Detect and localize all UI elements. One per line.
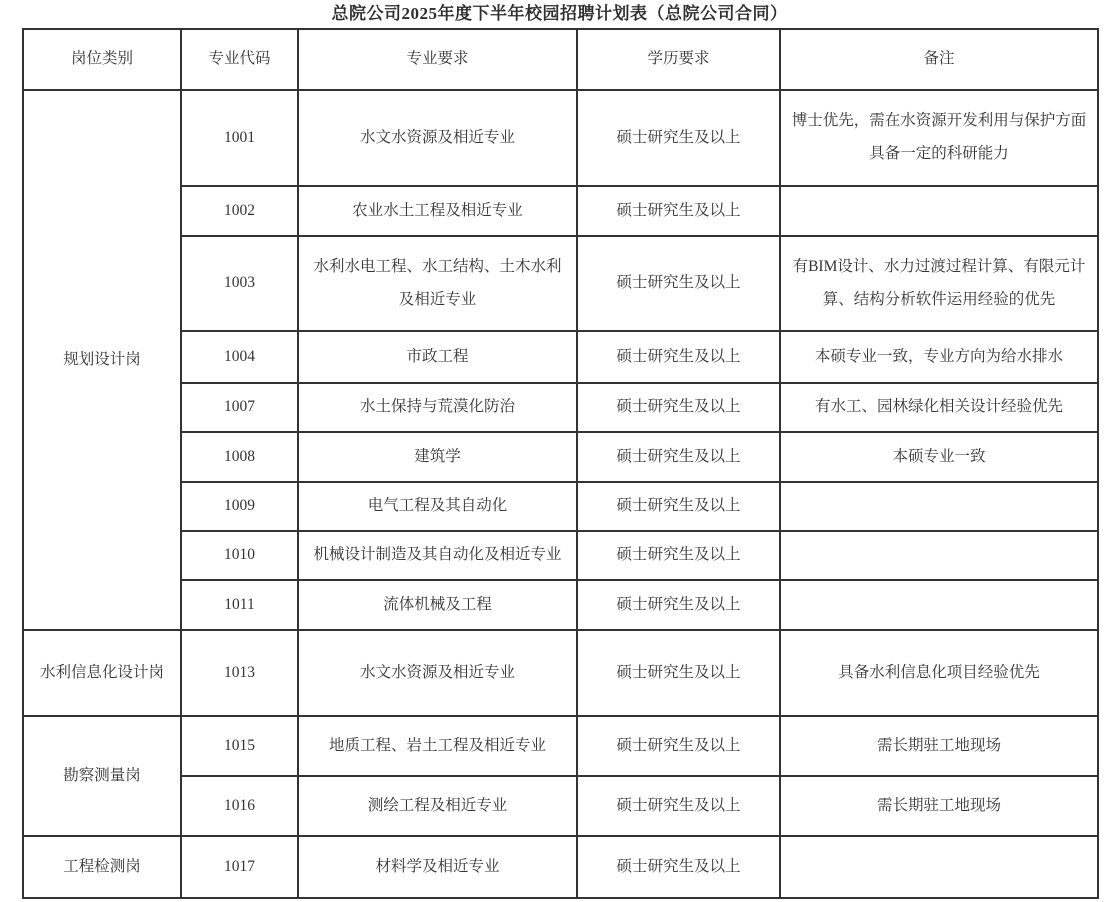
header-cell-degree: 学历要求 [577, 29, 780, 90]
remark-cell: 本硕专业一致 [780, 432, 1098, 482]
table-row: 水利信息化设计岗 1013 水文水资源及相近专业 硕士研究生及以上 具备水利信息… [23, 630, 1098, 716]
degree-cell: 硕士研究生及以上 [577, 432, 780, 482]
page: 总院公司2025年度下半年校园招聘计划表（总院公司合同） 岗位类别 专业代码 专… [0, 0, 1111, 899]
table-row: 1016 测绘工程及相近专业 硕士研究生及以上 需长期驻工地现场 [23, 776, 1098, 836]
major-cell: 市政工程 [298, 331, 577, 383]
code-cell: 1002 [181, 186, 298, 236]
code-cell: 1013 [181, 630, 298, 716]
category-cell: 规划设计岗 [23, 90, 181, 630]
remark-cell [780, 836, 1098, 898]
remark-cell: 博士优先，需在水资源开发利用与保护方面具备一定的科研能力 [780, 90, 1098, 186]
category-cell: 水利信息化设计岗 [23, 630, 181, 716]
table-row: 1002 农业水土工程及相近专业 硕士研究生及以上 [23, 186, 1098, 236]
major-cell: 电气工程及其自动化 [298, 482, 577, 531]
major-cell: 水文水资源及相近专业 [298, 90, 577, 186]
code-cell: 1008 [181, 432, 298, 482]
major-cell: 农业水土工程及相近专业 [298, 186, 577, 236]
remark-cell [780, 580, 1098, 630]
table-row: 1010 机械设计制造及其自动化及相近专业 硕士研究生及以上 [23, 531, 1098, 580]
degree-cell: 硕士研究生及以上 [577, 580, 780, 630]
remark-cell: 本硕专业一致，专业方向为给水排水 [780, 331, 1098, 383]
remark-cell [780, 531, 1098, 580]
remark-cell: 需长期驻工地现场 [780, 716, 1098, 776]
major-cell: 地质工程、岩土工程及相近专业 [298, 716, 577, 776]
major-cell: 材料学及相近专业 [298, 836, 577, 898]
code-cell: 1010 [181, 531, 298, 580]
major-cell: 水文水资源及相近专业 [298, 630, 577, 716]
category-cell: 工程检测岗 [23, 836, 181, 898]
major-cell: 水土保持与荒漠化防治 [298, 383, 577, 432]
header-cell-code: 专业代码 [181, 29, 298, 90]
remark-cell: 具备水利信息化项目经验优先 [780, 630, 1098, 716]
code-cell: 1011 [181, 580, 298, 630]
remark-cell [780, 482, 1098, 531]
header-cell-remark: 备注 [780, 29, 1098, 90]
degree-cell: 硕士研究生及以上 [577, 90, 780, 186]
degree-cell: 硕士研究生及以上 [577, 186, 780, 236]
table-row: 工程检测岗 1017 材料学及相近专业 硕士研究生及以上 [23, 836, 1098, 898]
major-cell: 建筑学 [298, 432, 577, 482]
code-cell: 1003 [181, 236, 298, 331]
degree-cell: 硕士研究生及以上 [577, 836, 780, 898]
degree-cell: 硕士研究生及以上 [577, 236, 780, 331]
major-cell: 测绘工程及相近专业 [298, 776, 577, 836]
category-cell: 勘察测量岗 [23, 716, 181, 836]
degree-cell: 硕士研究生及以上 [577, 716, 780, 776]
remark-cell: 有水工、园林绿化相关设计经验优先 [780, 383, 1098, 432]
remark-cell [780, 186, 1098, 236]
major-cell: 流体机械及工程 [298, 580, 577, 630]
degree-cell: 硕士研究生及以上 [577, 331, 780, 383]
table-row: 1009 电气工程及其自动化 硕士研究生及以上 [23, 482, 1098, 531]
degree-cell: 硕士研究生及以上 [577, 630, 780, 716]
code-cell: 1007 [181, 383, 298, 432]
table-row: 1007 水土保持与荒漠化防治 硕士研究生及以上 有水工、园林绿化相关设计经验优… [23, 383, 1098, 432]
recruitment-plan-table: 岗位类别 专业代码 专业要求 学历要求 备注 规划设计岗 1001 水文水资源及… [22, 28, 1099, 899]
table-row: 规划设计岗 1001 水文水资源及相近专业 硕士研究生及以上 博士优先，需在水资… [23, 90, 1098, 186]
code-cell: 1015 [181, 716, 298, 776]
table-row: 1003 水利水电工程、水工结构、土木水利及相近专业 硕士研究生及以上 有BIM… [23, 236, 1098, 331]
table-header-row: 岗位类别 专业代码 专业要求 学历要求 备注 [23, 29, 1098, 90]
major-cell: 水利水电工程、水工结构、土木水利及相近专业 [298, 236, 577, 331]
header-cell-major: 专业要求 [298, 29, 577, 90]
table-row: 1011 流体机械及工程 硕士研究生及以上 [23, 580, 1098, 630]
remark-cell: 需长期驻工地现场 [780, 776, 1098, 836]
code-cell: 1017 [181, 836, 298, 898]
page-title: 总院公司2025年度下半年校园招聘计划表（总院公司合同） [22, 3, 1097, 27]
table-row: 勘察测量岗 1015 地质工程、岩土工程及相近专业 硕士研究生及以上 需长期驻工… [23, 716, 1098, 776]
degree-cell: 硕士研究生及以上 [577, 531, 780, 580]
degree-cell: 硕士研究生及以上 [577, 776, 780, 836]
header-cell-category: 岗位类别 [23, 29, 181, 90]
degree-cell: 硕士研究生及以上 [577, 383, 780, 432]
major-cell: 机械设计制造及其自动化及相近专业 [298, 531, 577, 580]
degree-cell: 硕士研究生及以上 [577, 482, 780, 531]
table-row: 1008 建筑学 硕士研究生及以上 本硕专业一致 [23, 432, 1098, 482]
code-cell: 1009 [181, 482, 298, 531]
code-cell: 1016 [181, 776, 298, 836]
table-row: 1004 市政工程 硕士研究生及以上 本硕专业一致，专业方向为给水排水 [23, 331, 1098, 383]
code-cell: 1001 [181, 90, 298, 186]
remark-cell: 有BIM设计、水力过渡过程计算、有限元计算、结构分析软件运用经验的优先 [780, 236, 1098, 331]
code-cell: 1004 [181, 331, 298, 383]
